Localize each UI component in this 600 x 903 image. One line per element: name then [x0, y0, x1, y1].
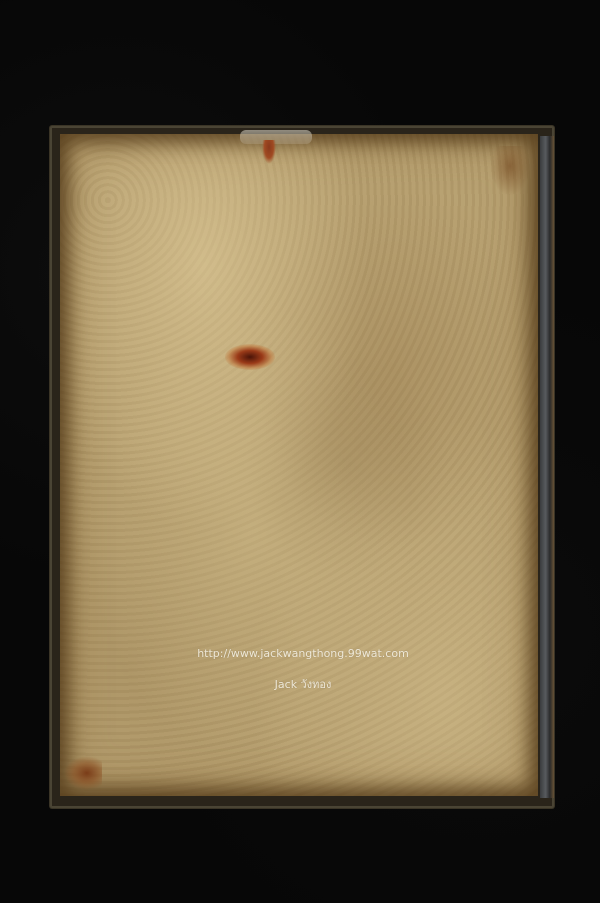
- tape-piece: [240, 130, 312, 144]
- stain-bottom-left: [64, 756, 102, 790]
- watermark-url: http://www.jackwangthong.99wat.com: [188, 647, 418, 660]
- aged-paper-back: [60, 134, 538, 796]
- watermark-name: Jack วังทอง: [188, 675, 418, 693]
- frame-metal-edge: [540, 136, 554, 798]
- rust-stain-top: [262, 140, 276, 164]
- rust-stain-center: [225, 344, 275, 370]
- stain-top-right: [490, 146, 530, 196]
- frame-case: http://www.jackwangthong.99wat.com Jack …: [50, 126, 554, 808]
